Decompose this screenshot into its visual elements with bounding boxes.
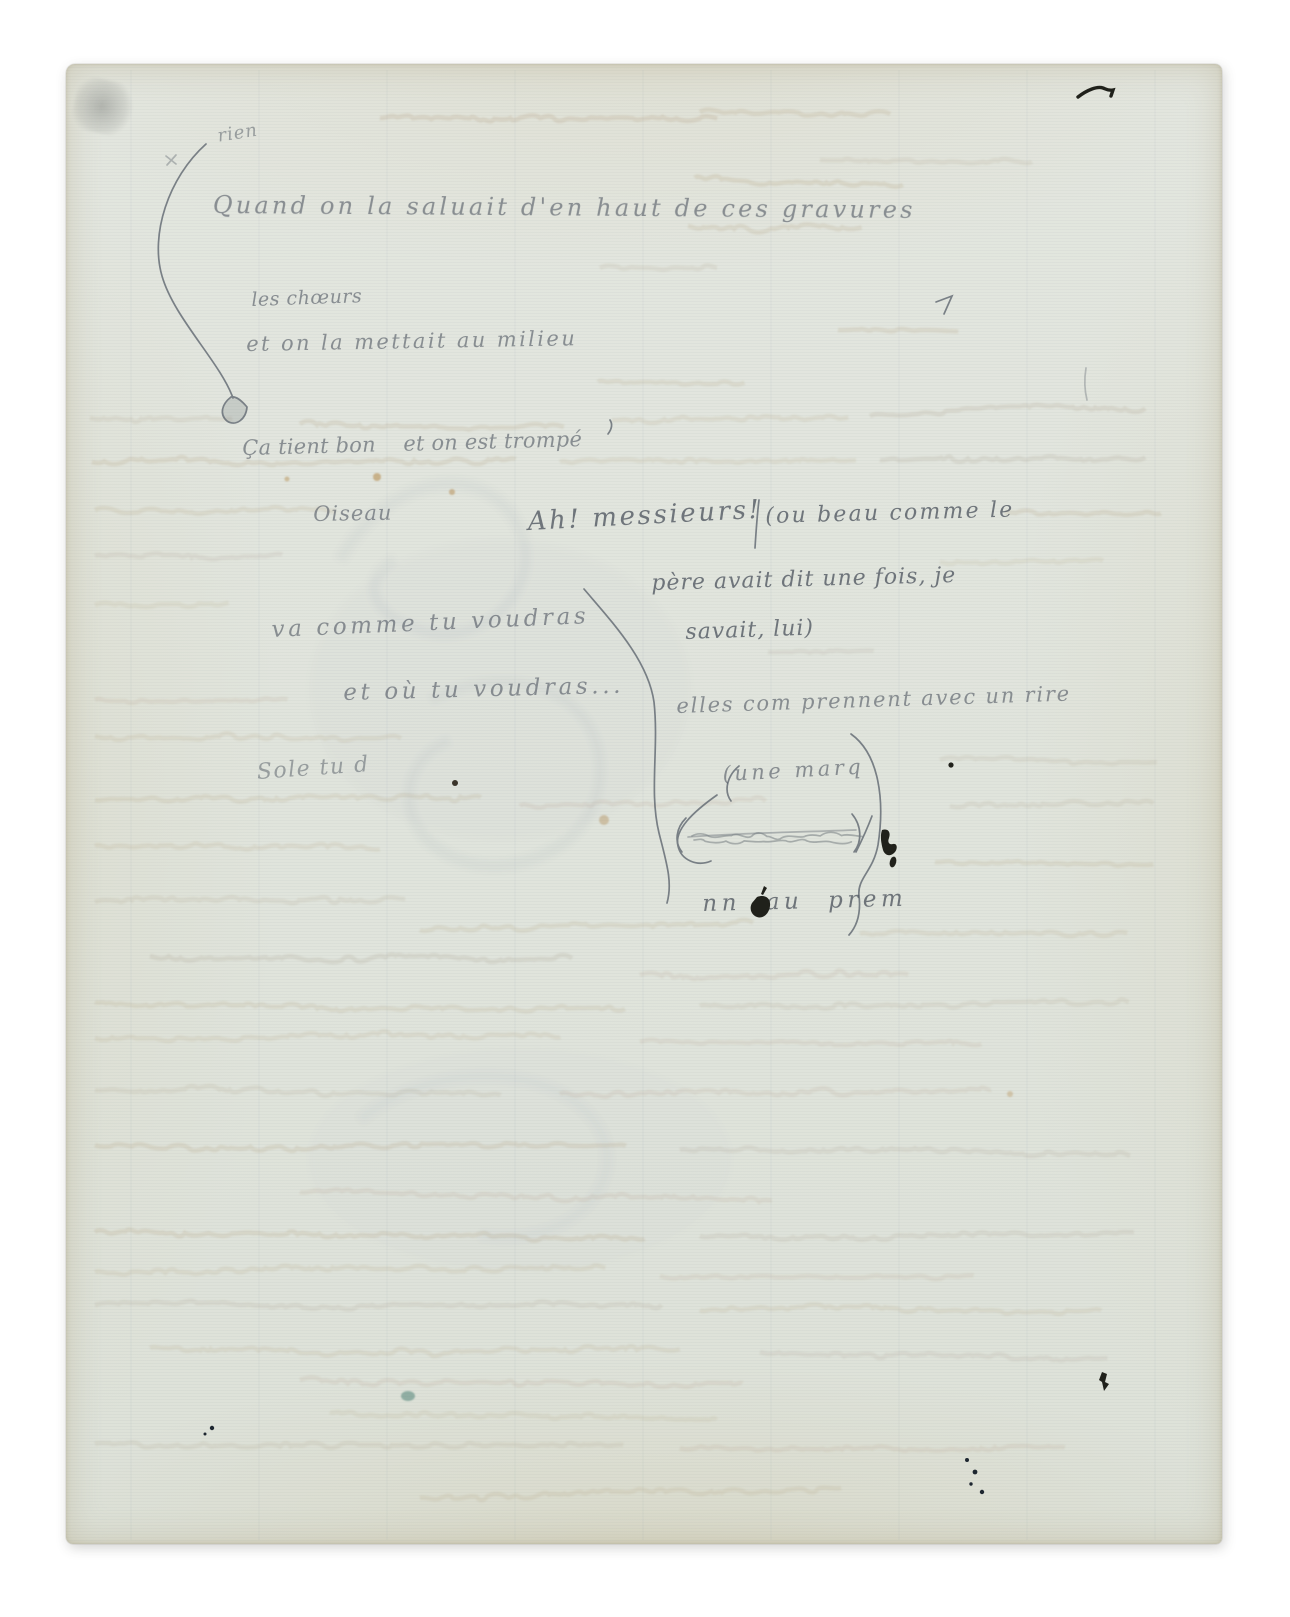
annotation-savait: savait, lui)	[685, 616, 814, 645]
scan-canvas: rien Quand on la saluait d'en haut de ce…	[0, 0, 1290, 1617]
annotation-quand: Quand on la saluait d'en haut de ces gra…	[213, 191, 916, 224]
annotation-choeurs: les chœurs	[251, 285, 363, 311]
manuscript-page	[66, 64, 1222, 1544]
annotation-oiseau: Oiseau	[313, 501, 393, 526]
annotation-nn-au-prem: nn au prem	[702, 886, 908, 917]
